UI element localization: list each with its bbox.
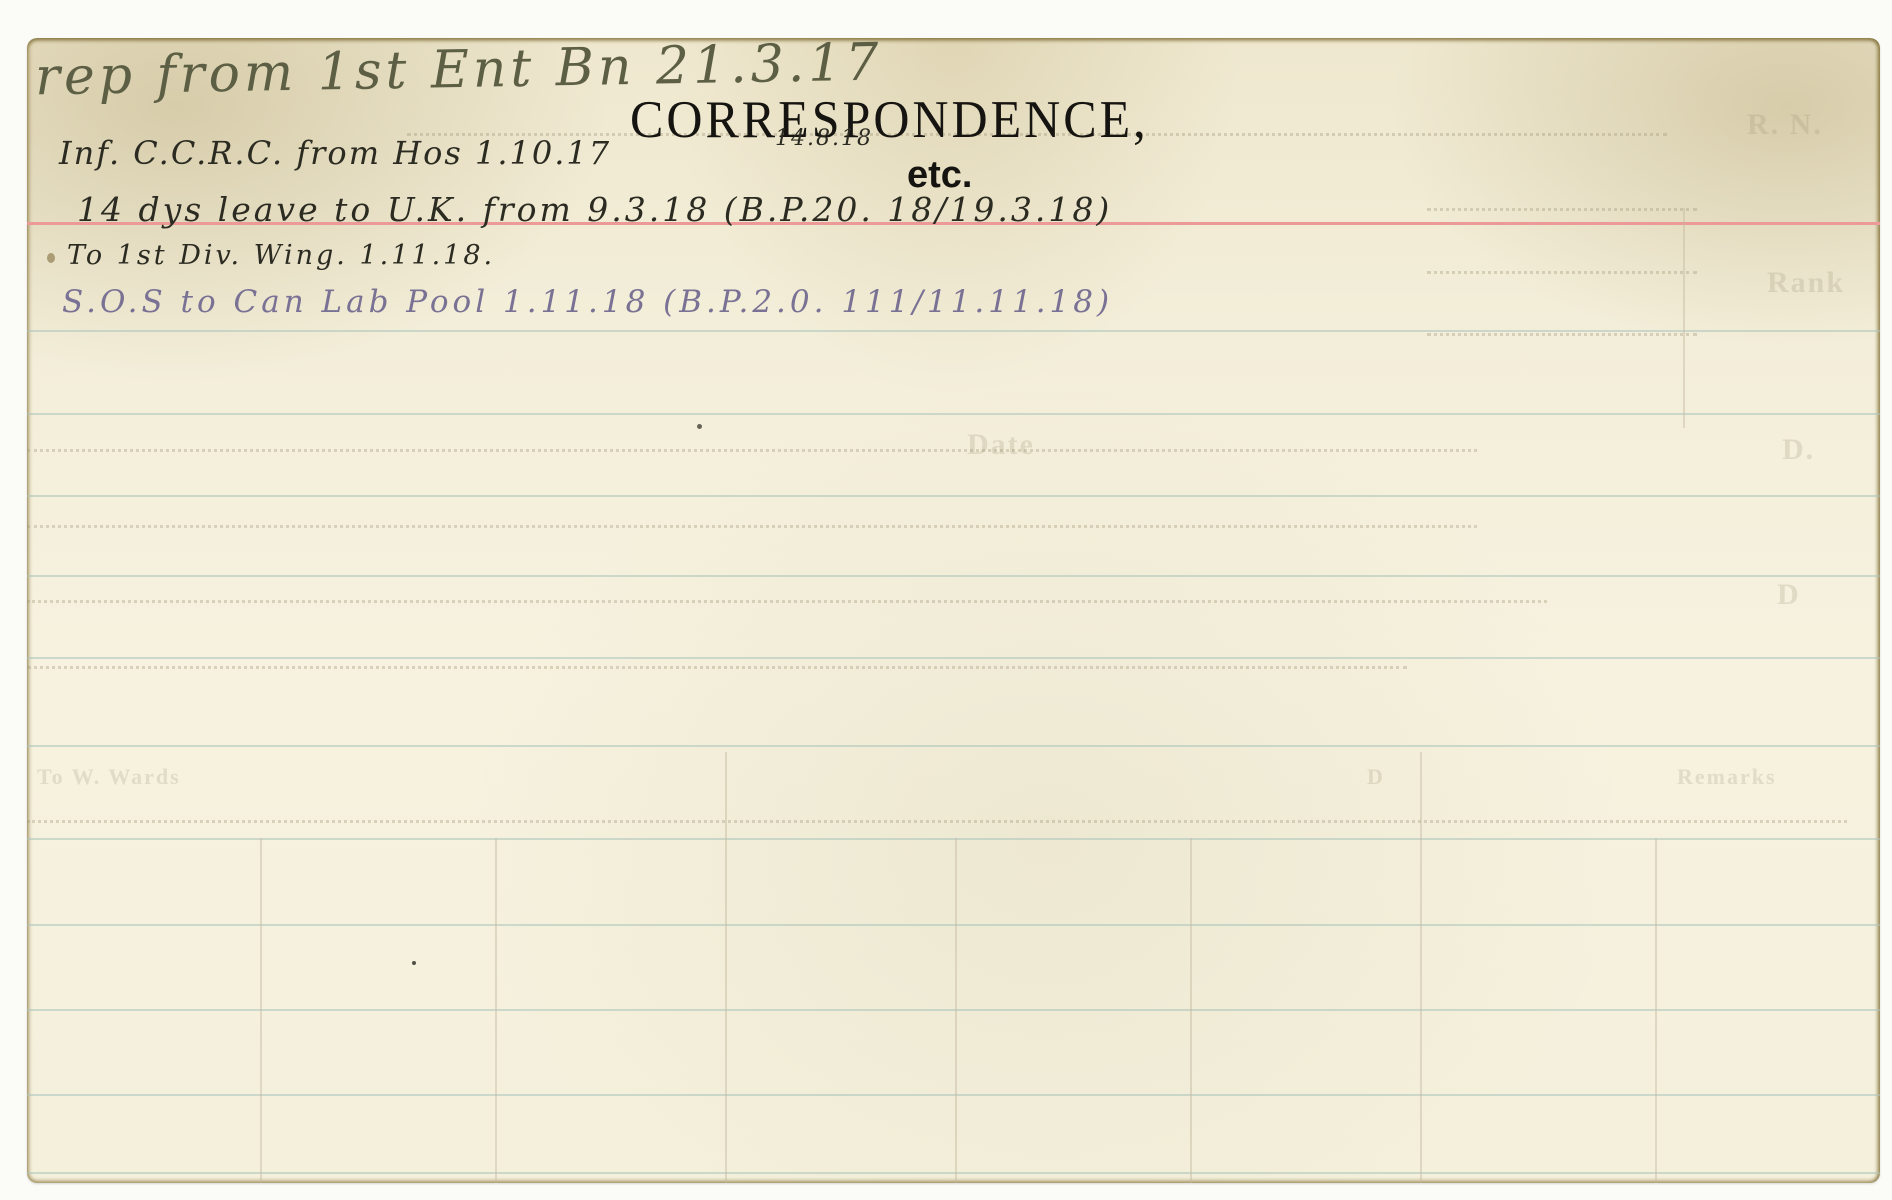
record-card: R. N. Rank D. Date D To W. Wards D Remar…: [27, 38, 1880, 1183]
ink-speck: [47, 253, 55, 263]
ruled-line: [27, 745, 1880, 747]
printed-heading: CORRESPONDENCE,: [630, 89, 1149, 150]
ruled-line: [27, 575, 1880, 577]
bleed-dotted-line: [27, 820, 1847, 823]
ruled-line: [27, 657, 1880, 659]
bleed-text: Rank: [1767, 266, 1845, 300]
ruled-line: [27, 924, 1880, 926]
handwritten-entry-superscript: 14.8.18: [775, 126, 873, 151]
bleed-text: D: [1777, 578, 1801, 612]
bleed-text: D: [1367, 764, 1385, 790]
table-column-line: [495, 838, 497, 1183]
ruled-line: [27, 1009, 1880, 1011]
handwritten-entry-5: S.O.S to Can Lab Pool 1.11.18 (B.P.2.0. …: [62, 284, 1113, 320]
bleed-dotted-line: [1427, 208, 1697, 211]
bleed-dotted-line: [1427, 333, 1697, 336]
ink-speck: [697, 424, 702, 429]
ruled-line: [27, 1094, 1880, 1096]
bleed-text: To W. Wards: [37, 764, 181, 790]
bleed-dotted-line: [27, 666, 1407, 669]
ruled-line: [27, 1172, 1880, 1174]
table-column-line: [1420, 752, 1422, 1183]
bleed-text: Date: [967, 428, 1035, 462]
bleed-text: D.: [1782, 433, 1815, 467]
table-column-line: [1655, 838, 1657, 1183]
scan-background: R. N. Rank D. Date D To W. Wards D Remar…: [0, 0, 1892, 1200]
table-column-line: [955, 838, 957, 1183]
ruled-line: [27, 413, 1880, 415]
bleed-dotted-line: [27, 600, 1547, 603]
handwritten-entry-2: Inf. C.C.R.C. from Hos 1.10.17: [59, 134, 611, 172]
bleed-dotted-line: [27, 449, 1477, 452]
ruled-line: [27, 838, 1880, 840]
handwritten-entry-4: To 1st Div. Wing. 1.11.18.: [67, 240, 495, 271]
form-divider: [1683, 208, 1685, 428]
bleed-text: R. N.: [1747, 108, 1823, 142]
table-column-line: [725, 752, 727, 1183]
table-column-line: [260, 838, 262, 1183]
bleed-text: Remarks: [1677, 764, 1777, 790]
bleed-dotted-line: [27, 525, 1477, 528]
ruled-line: [27, 330, 1880, 332]
ruled-line: [27, 495, 1880, 497]
table-column-line: [1190, 838, 1192, 1183]
ink-speck: [412, 961, 416, 965]
bleed-dotted-line: [1427, 271, 1697, 274]
handwritten-entry-3: 14 dys leave to U.K. from 9.3.18 (B.P.20…: [77, 190, 1112, 229]
